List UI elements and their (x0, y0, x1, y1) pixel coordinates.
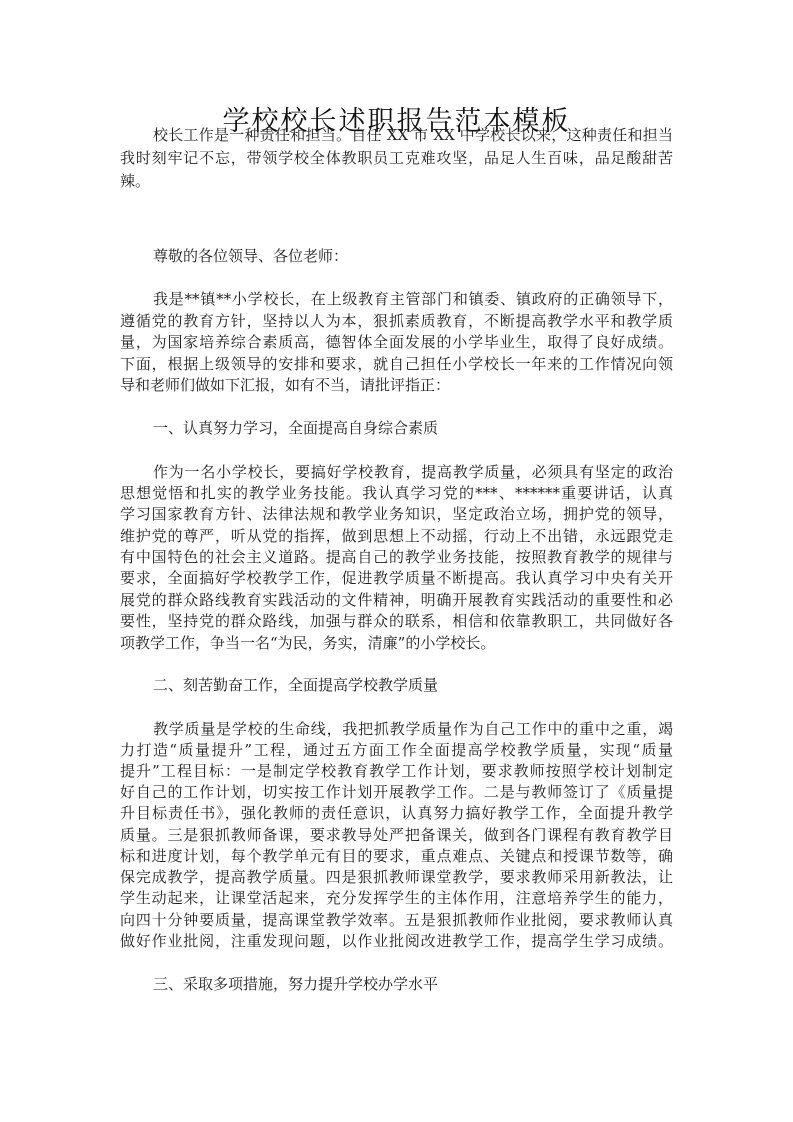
text-line: 导和老师们做如下汇报，如有不当，请批评指正： (120, 376, 673, 394)
text-line: 教学质量是学校的生命线，我把抓教学质量作为自己工作中的重中之重，竭 (153, 720, 673, 738)
text-line: 保完成教学，提高教学质量。四是狠抓教师课堂教学，要求教师采用新教法，让 (120, 868, 673, 886)
text-line: 量，为国家培养综合素质高，德智体全面发展的小学毕业生，取得了良好成绩。 (120, 333, 673, 351)
text-line: 作为一名小学校长，要搞好学校教育，提高教学质量，必须具有坚定的政治 (153, 463, 673, 481)
text-line: 尊敬的各位领导、各位老师： (153, 247, 673, 265)
text-line: 要性，坚持党的群众路线，加强与群众的联系，相信和依靠教职工，共同做好各 (120, 612, 673, 630)
text-line: 项教学工作，争当一名“为民，务实，清廉”的小学校长。 (120, 634, 673, 652)
text-line: 展党的群众路线教育实践活动的文件精神，明确开展教育实践活动的重要性和必 (120, 591, 673, 609)
text-line: 好自己的工作计划，切实按工作计划开展教学工作。二是与教师签订了《质量提 (120, 783, 673, 801)
text-line: 质量。三是狠抓教师备课，要求教导处严把备课关，做到各门课程有教育教学目 (120, 826, 673, 844)
text-line: 提升”工程目标：一是制定学校教育教学工作计划，要求教师按照学校计划制定 (120, 762, 673, 780)
document-page: 学校校长述职报告范本模板 校长工作是一种责任和担当。自任 XX 市 XX 中学校… (0, 0, 793, 1122)
text-line: 有中国特色的社会主义道路。提高自己的教学业务技能，按照教育教学的规律与 (120, 548, 673, 566)
text-line: 校长工作是一种责任和担当。自任 XX 市 XX 中学校长以来，这种责任和担当 (153, 126, 673, 144)
text-line: 升目标责任书》，强化教师的责任意识，认真努力搞好教学工作，全面提升教学 (120, 804, 673, 822)
text-line: 标和进度计划，每个教学单元有目的要求，重点难点、关键点和授课节数等，确 (120, 847, 673, 865)
text-line: 思想觉悟和扎实的教学业务技能。我认真学习党的***、******重要讲话，认真 (120, 484, 673, 502)
text-line: 我是**镇**小学校长，在上级教育主管部门和镇委、镇政府的正确领导下， (153, 290, 673, 308)
text-line: 二、刻苦勤奋工作，全面提高学校教学质量 (153, 676, 673, 694)
text-line: 要求，全面搞好学校教学工作，促进教学质量不断提高。我认真学习中央有关开 (120, 569, 673, 587)
text-line: 学生动起来，让课堂活起来，充分发挥学生的主体作用，注意培养学生的能力， (120, 889, 673, 907)
text-line: 学习国家教育方针、法律法规和教学业务知识，坚定政治立场，拥护党的领导， (120, 505, 673, 523)
text-line: 维护党的尊严，听从党的指挥，做到思想上不动摇，行动上不出错，永远跟党走 (120, 527, 673, 545)
text-line: 力打造“质量提升”工程，通过五方面工作全面提高学校教学质量，实现“质量 (120, 741, 673, 759)
text-line: 遵循党的教育方针，坚持以人为本，狠抓素质教育，不断提高教学水平和教学质 (120, 312, 673, 330)
text-line: 一、认真努力学习，全面提高自身综合素质 (153, 419, 673, 437)
text-line: 我时刻牢记不忘，带领学校全体教职员工克难攻坚，品足人生百味，品足酸甜苦 (120, 149, 673, 167)
text-line: 三、采取多项措施，努力提升学校办学水平 (153, 975, 673, 993)
text-line: 向四十分钟要质量，提高课堂教学效率。五是狠抓教师作业批阅，要求教师认真 (120, 911, 673, 929)
text-line: 下面，根据上级领导的安排和要求，就自己担任小学校长一年来的工作情况向领 (120, 355, 673, 373)
text-line: 辣。 (120, 172, 673, 190)
text-line: 做好作业批阅，注重发现问题，以作业批阅改进教学工作，提高学生学习成绩。 (120, 932, 673, 950)
